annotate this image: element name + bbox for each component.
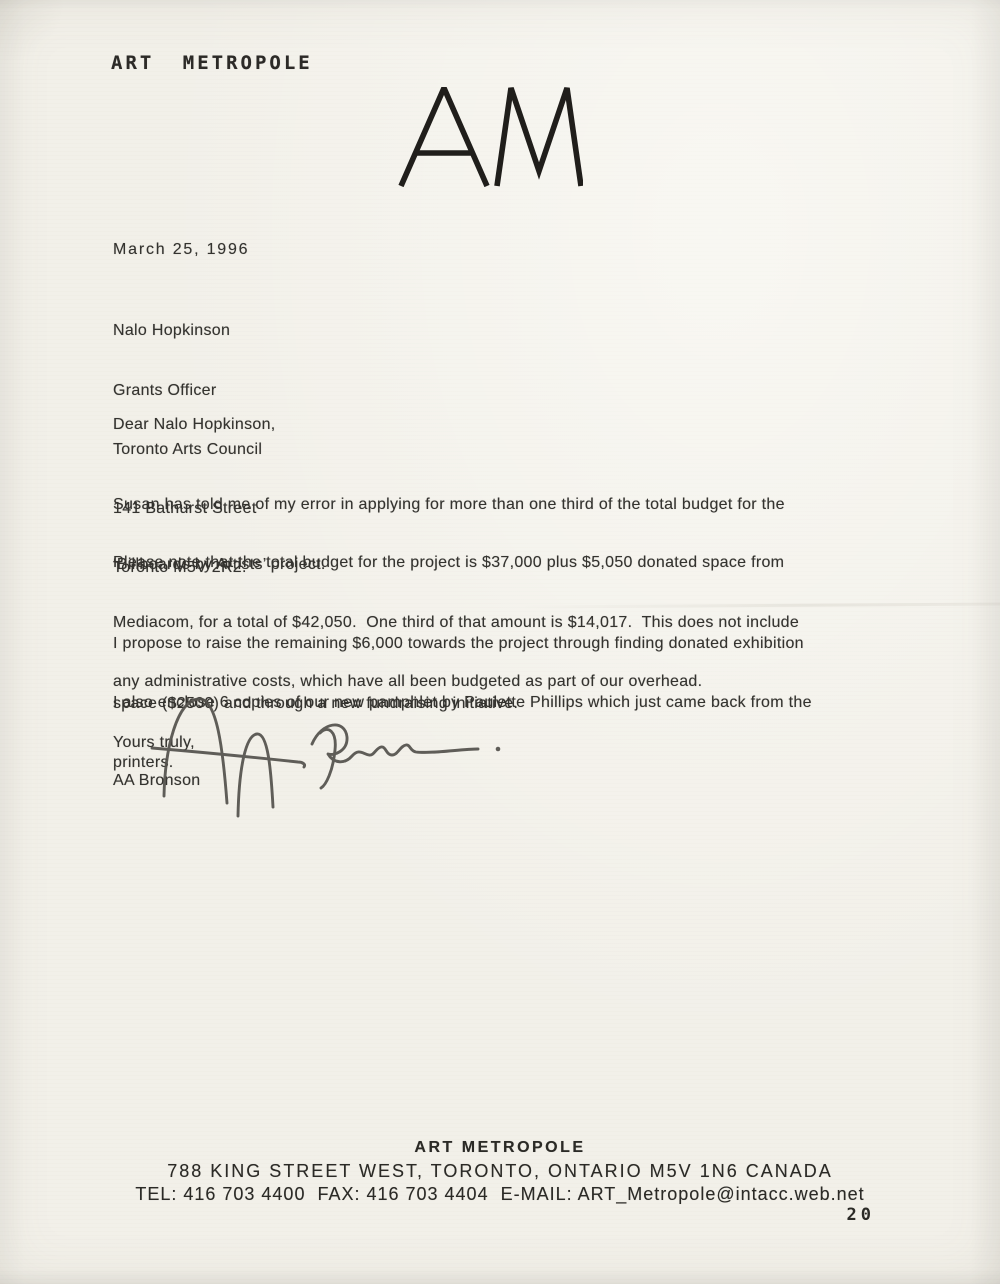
scanned-letter-page: ART METROPOLE March 25, 1996 Nalo Hopkin…: [0, 0, 1000, 1284]
recipient-name: Nalo Hopkinson: [113, 321, 262, 341]
paragraph-4: I also enclose 6 copies of our new pamph…: [113, 654, 812, 812]
signer-name: AA Bronson: [113, 771, 201, 791]
footer-org-name: ART METROPOLE: [0, 1139, 1000, 1157]
am-logo: [398, 87, 583, 187]
salutation: Dear Nalo Hopkinson,: [113, 415, 276, 435]
closing-phrase: Yours truly,: [113, 733, 195, 753]
letterhead-wordmark: ART METROPOLE: [111, 52, 313, 74]
am-logo-glyphs: [398, 87, 583, 187]
footer-street-address: 788 KING STREET WEST, TORONTO, ONTARIO M…: [0, 1161, 1000, 1182]
body-line: printers.: [113, 753, 812, 773]
recipient-title: Grants Officer: [113, 381, 262, 401]
body-line: I also enclose 6 copies of our new pamph…: [113, 693, 812, 713]
body-line: Susan has told me of my error in applyin…: [113, 495, 785, 515]
letter-date: March 25, 1996: [113, 240, 249, 260]
page-number: 20: [847, 1205, 875, 1225]
footer-contact-line: TEL: 416 703 4400 FAX: 416 703 4404 E-MA…: [0, 1184, 1000, 1205]
body-line: Please note that the total budget for th…: [113, 553, 799, 573]
body-line: I propose to raise the remaining $6,000 …: [113, 634, 804, 654]
